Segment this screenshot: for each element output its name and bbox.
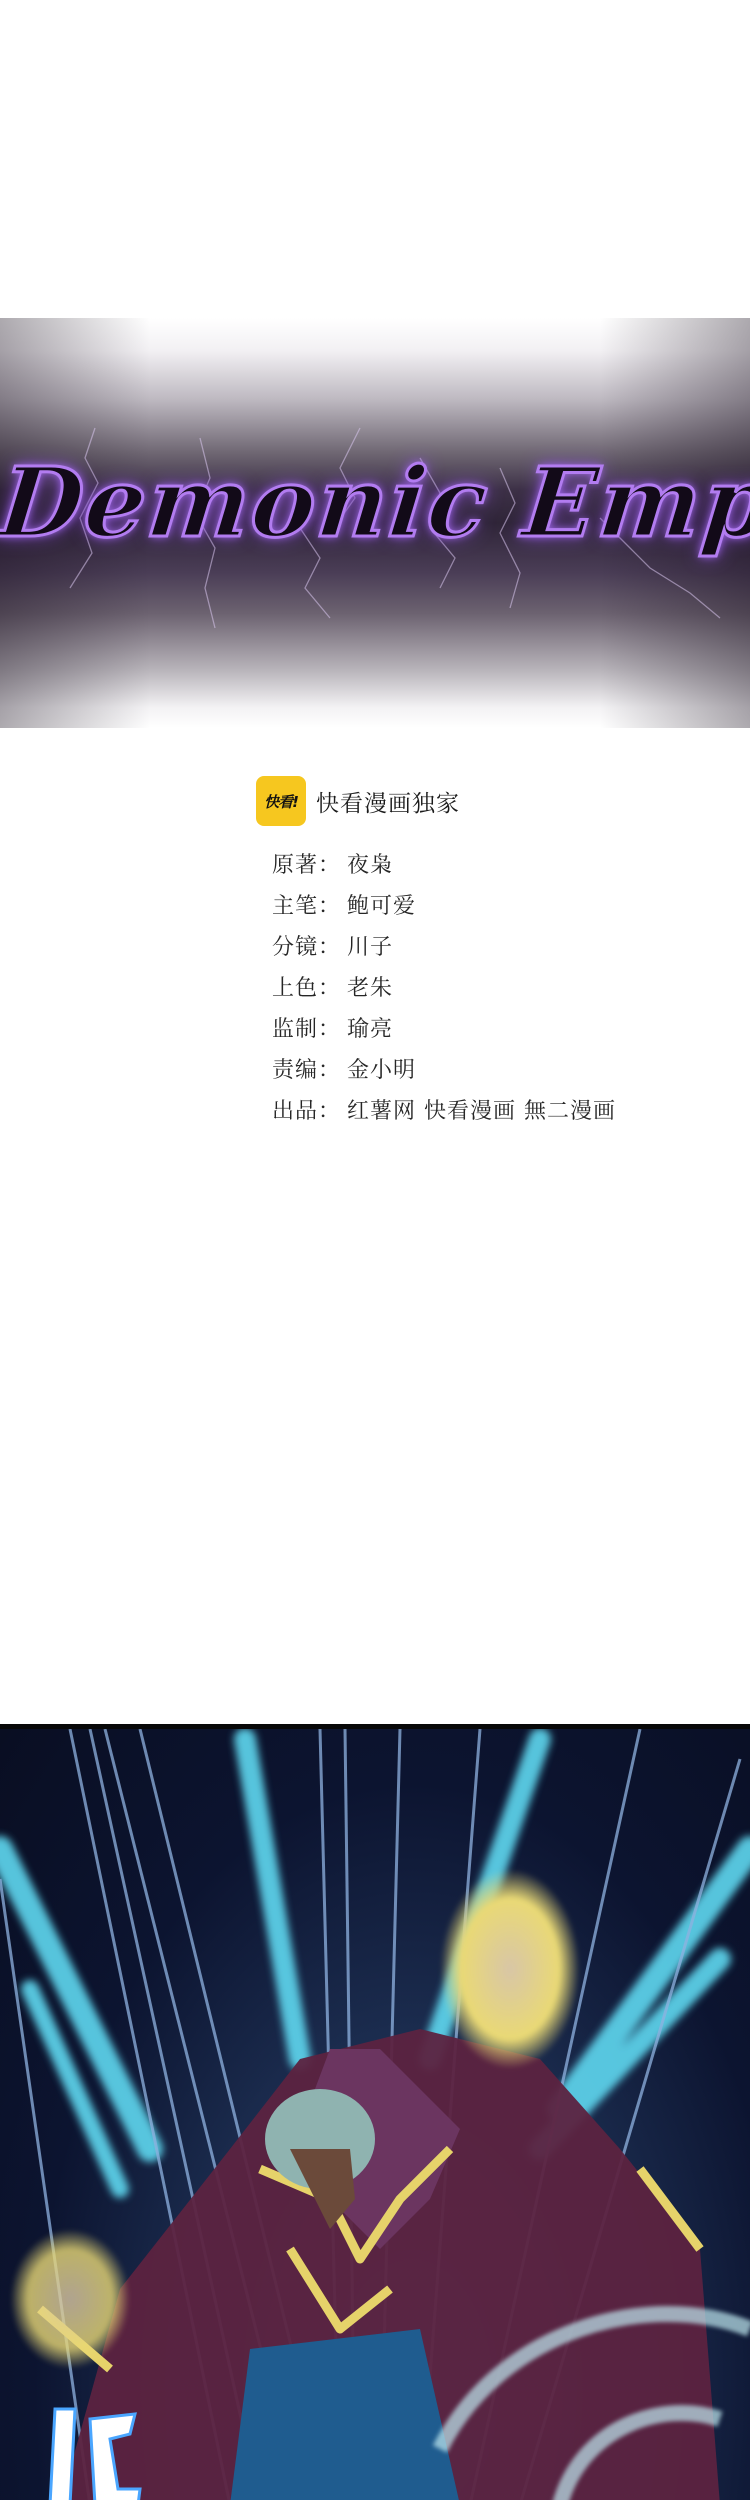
credit-separator: ： [318,1017,341,1042]
publisher-label: 快看漫画独家 [316,785,460,818]
credit-name: 夜枭 [347,853,393,878]
credit-separator: ： [318,853,341,878]
credit-name: 川子 [347,935,393,960]
credit-lead-artist: 主笔：鲍可爱 [272,889,616,930]
credit-role: 主笔 [272,894,318,919]
credit-separator: ： [318,976,341,1001]
credits-list: 原著：夜枭 主笔：鲍可爱 分镜：川子 上色：老朱 监制：瑜亮 责编：金小明 出品… [272,848,616,1135]
credit-name: 金小明 [347,1058,416,1083]
credit-editor: 责编：金小明 [272,1053,616,1094]
credit-separator: ： [318,1099,341,1124]
credit-role: 上色 [272,976,318,1001]
credit-name: 老朱 [347,976,393,1001]
credit-separator: ： [318,1058,341,1083]
comic-panel-image [0,1724,750,2500]
credit-supervisor: 监制：瑜亮 [272,1012,616,1053]
credit-role: 责编 [272,1058,318,1083]
credit-role: 分镜 [272,935,318,960]
credit-colorist: 上色：老朱 [272,971,616,1012]
credit-name: 鲍可爱 [347,894,416,919]
credit-original-author: 原著：夜枭 [272,848,616,889]
title-banner: Demonic Emperor [0,318,750,728]
credit-separator: ： [318,935,341,960]
credit-role: 出品 [272,1099,318,1124]
credit-producers: 出品：红薯网 快看漫画 無二漫画 [272,1094,616,1135]
credit-role: 原著 [272,853,318,878]
credit-storyboard: 分镜：川子 [272,930,616,971]
credit-name: 红薯网 快看漫画 無二漫画 [347,1099,616,1124]
credit-role: 监制 [272,1017,318,1042]
comic-title: Demonic Emperor [0,446,750,559]
kuaikan-logo-icon: 快看! [256,776,306,826]
credit-name: 瑜亮 [347,1017,393,1042]
action-scene-illustration [0,1729,750,2500]
publisher-badge: 快看! 快看漫画独家 [256,776,460,826]
credit-separator: ： [318,894,341,919]
